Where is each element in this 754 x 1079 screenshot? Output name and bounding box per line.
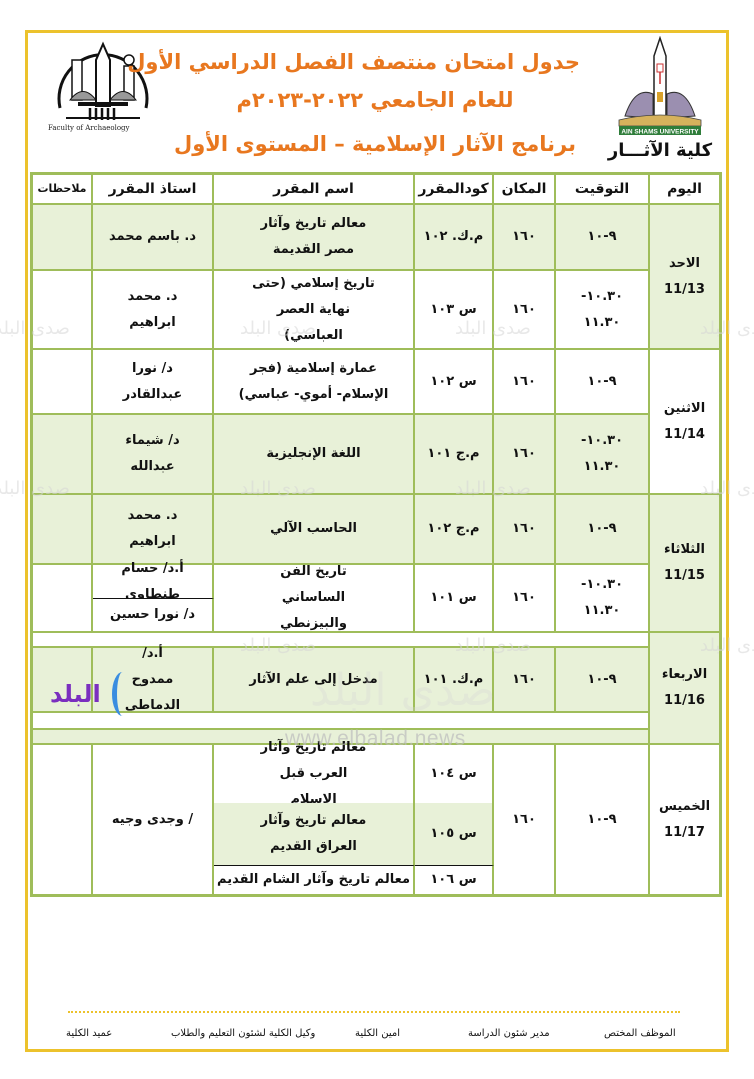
day-cell-thursday: الخميس 11/17 [650,745,719,894]
day-date: 11/15 [664,563,705,589]
elbalad-logo: البلد [50,680,101,708]
notes-cell [33,495,93,565]
day-cell-monday: الاثنين 11/14 [650,350,719,495]
day-date: 11/17 [664,820,705,846]
time-cell: ١٠.٣٠- ١١.٣٠ [556,271,650,350]
signature-studies-director: مدير شئون الدراسة [468,1028,550,1039]
course-cell: معالم تاريخ وآثار الشام القديم [214,865,415,894]
instructor-cell: أ.د/ ممدوح الدماطى [93,648,214,713]
column-header-time: التوقيت [556,175,650,205]
column-header-place: المكان [494,175,556,205]
day-name: الاحد [669,251,700,277]
instructor-cell: د. محمد ابراهيم [93,495,214,565]
time-cell: ١٠.٣٠- ١١.٣٠ [556,415,650,495]
day-cell-tuesday: الثلاثاء 11/15 [650,495,719,633]
instructor-cell: د/ نورا عبدالقادر [93,350,214,415]
university-logo: AIN SHAMS UNIVERSITY كلية الآثـــار [605,36,715,166]
ain-shams-emblem-icon: AIN SHAMS UNIVERSITY [605,36,715,140]
place-cell: ١٦٠ [494,350,556,415]
watermark-text: صدى البلد [455,318,531,339]
code-cell: م.ج ١٠٢ [415,495,494,565]
code-cell: م.ك. ١٠٢ [415,205,494,271]
signature-divider [68,1011,680,1013]
exam-schedule-table: اليوم التوقيت المكان كودالمقرر اسم المقر… [30,172,722,897]
code-cell: س ١٠١ [415,565,494,633]
watermark-text: صدى البلد [700,318,754,339]
watermark-text: صدى البلد [240,478,316,499]
watermark-text: صدى البلد [455,635,531,656]
time-cell: ٩-١٠ [556,648,650,713]
signature-specialist: الموظف المختص [604,1028,676,1039]
place-cell: ١٦٠ [494,495,556,565]
instructor-cell: د. محمد ابراهيم [93,271,214,350]
time-cell: ١٠.٣٠- ١١.٣٠ [556,565,650,633]
day-date: 11/16 [664,688,705,714]
instructor-cell: / وجدى وجيه [93,745,214,894]
time-cell: ٩-١٠ [556,495,650,565]
day-name: الاثنين [664,396,705,422]
notes-cell [33,565,93,633]
watermark-text: صدى البلد [455,478,531,499]
column-header-course: اسم المقرر [214,175,415,205]
course-cell: معالم تاريخ وآثار العرب قبل الإسلام [214,745,415,803]
code-cell: س ١٠٢ [415,350,494,415]
place-cell: ١٦٠ [494,565,556,633]
time-cell: ٩-١٠ [556,350,650,415]
elbalad-swoosh-icon [112,672,133,716]
column-header-day: اليوم [650,175,719,205]
place-cell: ١٦٠ [494,205,556,271]
notes-cell [33,350,93,415]
watermark-text: صدى البلد [0,318,70,339]
instructor-cell: أ.د/ حسام طنطاوى [93,565,214,599]
day-date: 11/13 [664,277,705,303]
instructor-cell: د/ شيماء عبدالله [93,415,214,495]
instructor-cell-secondary: د/ نورا حسين [93,599,214,633]
watermark-text: صدى البلد [700,635,754,656]
day-date: 11/14 [664,422,705,448]
time-cell: ٩-١٠ [556,745,650,894]
watermark-text: صدى البلد [700,478,754,499]
day-name: الثلاثاء [664,537,705,563]
column-header-code: كودالمقرر [415,175,494,205]
place-cell: ١٦٠ [494,745,556,894]
signature-dean: عميد الكلية [66,1028,112,1039]
faculty-logo-caption: Faculty of Archaeology [48,124,130,132]
column-header-notes: ملاحظات [33,175,93,205]
column-header-instructor: استاذ المقرر [93,175,214,205]
watermark-url: www.elbalad.news [285,727,466,751]
time-cell: ٩-١٠ [556,205,650,271]
course-cell: معالم تاريخ وآثار مصر القديمة [214,205,415,271]
signature-vice-dean: وكيل الكلية لشئون التعليم والطلاب [171,1028,315,1039]
course-cell: الحاسب الآلي [214,495,415,565]
course-cell: عمارة إسلامية (فجر الإسلام- أموي- عباسي) [214,350,415,415]
notes-cell [33,205,93,271]
place-cell: ١٦٠ [494,648,556,713]
day-name: الاربعاء [662,662,707,688]
day-name: الخميس [659,794,710,820]
page-title: جدول امتحان منتصف الفصل الدراسي الأول [170,50,580,74]
notes-cell [33,745,93,894]
academic-year: للعام الجامعي ٢٠٢٢-٢٠٢٣م [170,88,580,112]
signature-faculty-secretary: امين الكلية [355,1028,400,1039]
code-cell: س ١٠٥ [415,803,494,865]
university-logo-caption: كلية الآثـــار [605,140,715,161]
code-cell: س ١٠٤ [415,745,494,803]
watermark-text-large: صدى البلد [310,665,495,716]
university-name: AIN SHAMS UNIVERSITY [621,129,699,136]
watermark-text: صدى البلد [240,635,316,656]
course-cell: تاريخ الفن الساساني والبيزنطي [214,565,415,633]
program-level: برنامج الآثار الإسلامية – المستوى الأول [170,132,580,156]
instructor-cell: د. باسم محمد [93,205,214,271]
course-cell: معالم تاريخ وآثار العراق القديم [214,803,415,865]
watermark-text: صدى البلد [0,478,70,499]
code-cell: س ١٠٦ [415,865,494,894]
watermark-text: صدى البلد [240,318,316,339]
